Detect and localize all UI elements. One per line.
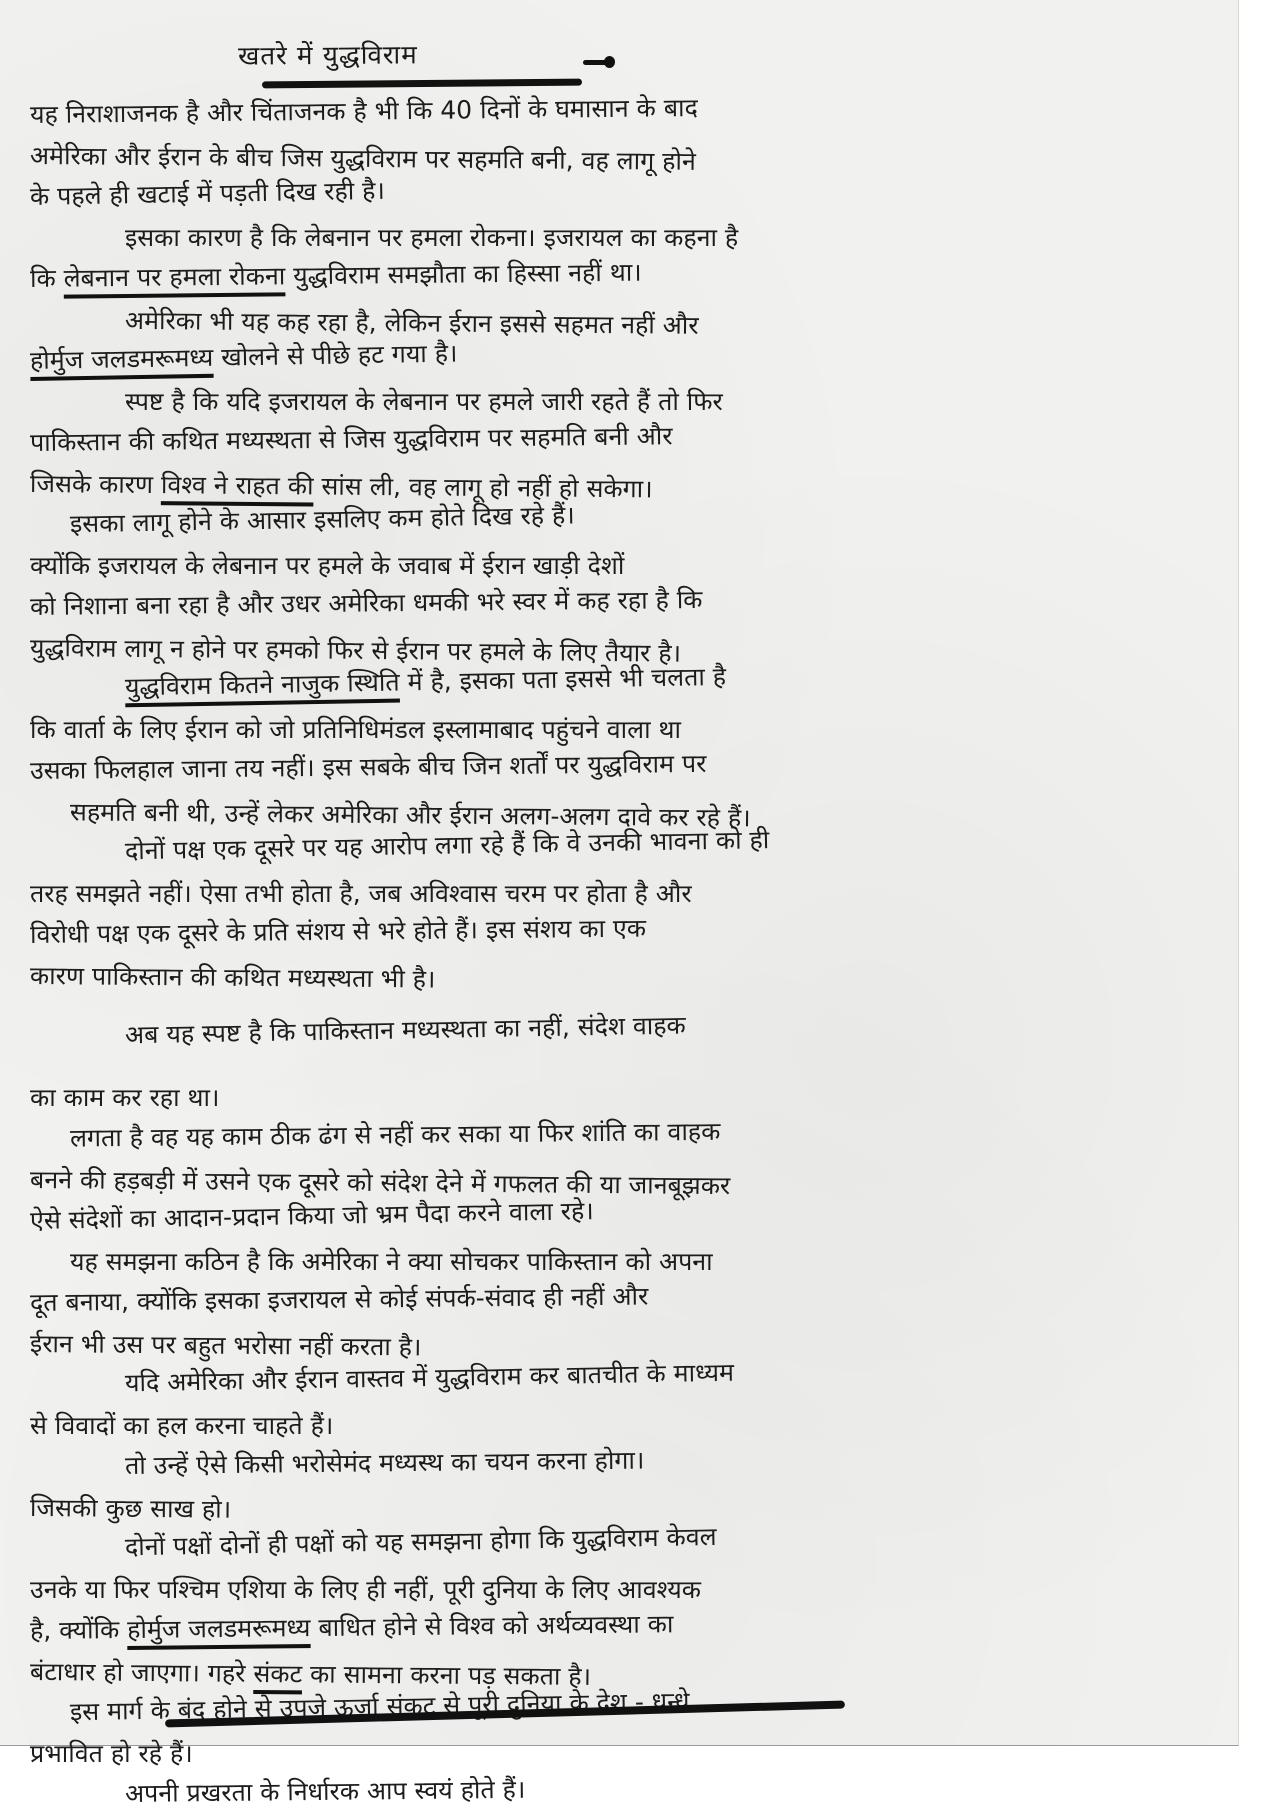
underlined-phrase: युद्धविराम कितने नाजुक स्थिति [125, 668, 400, 702]
underlined-phrase: लेबनान पर हमला रोकना [63, 261, 285, 292]
underlined-phrase: होर्मुज जलडमरूमध्य [30, 343, 214, 375]
handwritten-body: यह निराशाजनक है और चिंताजनक है भी कि 40 … [30, 94, 1230, 1755]
page-title: खतरे में युद्धविराम [238, 35, 418, 72]
paragraph-gap [30, 1057, 1230, 1077]
underlined-phrase: होर्मुज जलडमरूमध्य [127, 1613, 311, 1644]
scanned-page: खतरे में युद्धविराम यह निराशाजनक है और च… [0, 0, 1239, 1746]
underlined-phrase: विश्व ने राहत की [161, 470, 314, 500]
title-end-mark [583, 60, 609, 65]
underlined-phrase: संकट [253, 1659, 302, 1688]
title-underline [262, 79, 582, 89]
text-line: यह निराशाजनक है और चिंताजनक है भी कि 40 … [30, 81, 1230, 135]
text-line: प्रभावित हो रहे हैं। [30, 1733, 1230, 1755]
